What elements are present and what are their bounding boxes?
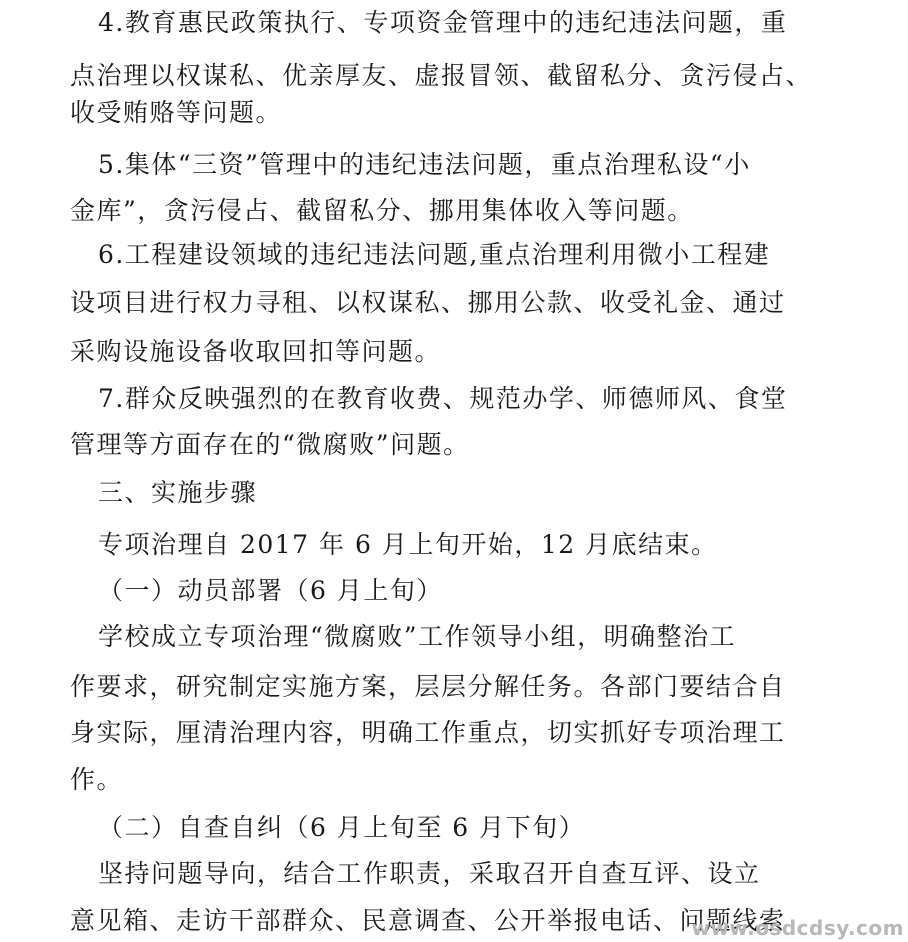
paragraph-line: 设项目进行权力寻租、以权谋私、挪用公款、收受礼金、通过 bbox=[70, 288, 786, 318]
paragraph-line: 收受贿赂等问题。 bbox=[70, 98, 282, 128]
paragraph-line: 专项治理自 2017 年 6 月上旬开始，12 月底结束。 bbox=[98, 530, 718, 560]
paragraph-line: 身实际，厘清治理内容，明确工作重点，切实抓好专项治理工 bbox=[70, 718, 786, 748]
paragraph-line: 作。 bbox=[70, 765, 123, 795]
subsection-heading: （一）动员部署（6 月上旬） bbox=[98, 576, 443, 606]
paragraph-line: 坚持问题导向，结合工作职责，采取召开自查互评、设立 bbox=[98, 859, 761, 889]
paragraph-line: 金库”，贪污侵占、截留私分、挪用集体收入等问题。 bbox=[70, 196, 694, 226]
paragraph-line: 6.工程建设领域的违纪违法问题,重点治理利用微小工程建 bbox=[98, 240, 770, 270]
paragraph-line: 学校成立专项治理“微腐败”工作领导小组，明确整治工 bbox=[98, 622, 736, 652]
paragraph-line: 5.集体“三资”管理中的违纪违法问题，重点治理私设“小 bbox=[98, 150, 751, 180]
paragraph-line: 管理等方面存在的“微腐败”问题。 bbox=[70, 430, 470, 460]
paragraph-line: 意见箱、走访干部群众、民意调查、公开举报电话、问题线索 bbox=[70, 906, 786, 936]
section-heading: 三、实施步骤 bbox=[98, 478, 257, 508]
paragraph-line: 7.群众反映强烈的在教育收费、规范办学、师德师风、食堂 bbox=[98, 384, 787, 414]
watermark: www.osdcdsy.com bbox=[691, 916, 904, 940]
paragraph-line: 采购设施设备收取回扣等问题。 bbox=[70, 337, 441, 367]
paragraph-line: 4.教育惠民政策执行、专项资金管理中的违纪违法问题，重 bbox=[98, 8, 787, 38]
paragraph-line: 点治理以权谋私、优亲厚友、虚报冒领、截留私分、贪污侵占、 bbox=[70, 61, 812, 91]
subsection-heading: （二）自查自纠（6 月上旬至 6 月下旬） bbox=[98, 813, 585, 843]
paragraph-line: 作要求，研究制定实施方案，层层分解任务。各部门要结合自 bbox=[70, 672, 786, 702]
